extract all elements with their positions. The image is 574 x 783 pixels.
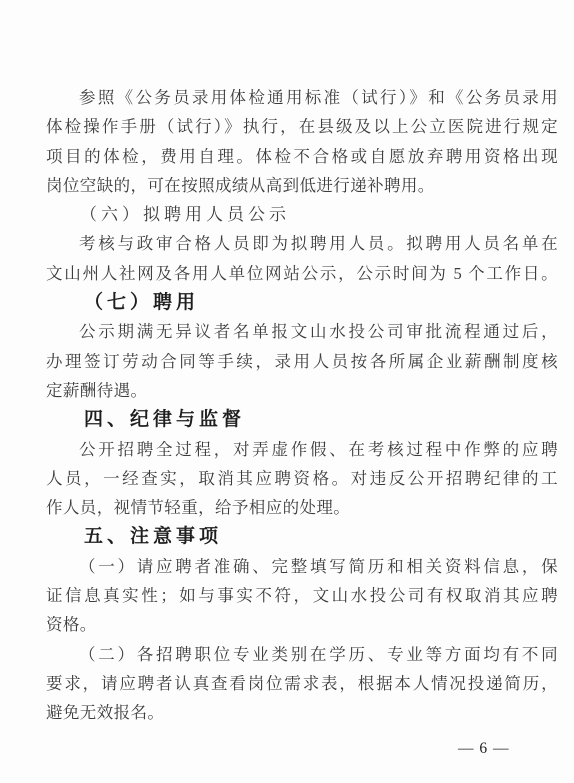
body-text-line: 体检操作手册（试行）》执行，在县级及以上公立医院进行规定 (46, 112, 558, 141)
heading-line: 四、纪律与监督 (46, 405, 558, 434)
heading-line: （七）聘用 (46, 288, 558, 317)
body-text-line: 文山州人社网及各用人单位网站公示，公示时间为 5 个工作日。 (46, 259, 558, 288)
page-number: — 6 — (458, 740, 510, 758)
heading-line: （六）拟聘用人员公示 (46, 200, 558, 229)
body-text-line: （二）各招聘职位专业类别在学历、专业等方面均有不同 (46, 640, 558, 669)
body-text-line: 资格。 (46, 610, 558, 639)
body-text-line: 人员，一经查实，取消其应聘资格。对违反公开招聘纪律的工 (46, 464, 558, 493)
body-text-line: 作人员，视情节轻重，给予相应的处理。 (46, 493, 558, 522)
body-text-line: 要求，请应聘者认真查看岗位需求表，根据本人情况投递简历， (46, 669, 558, 698)
body-text-line: 项目的体检，费用自理。体检不合格或自愿放弃聘用资格出现 (46, 142, 558, 171)
body-text-line: 考核与政审合格人员即为拟聘用人员。拟聘用人员名单在 (46, 229, 558, 258)
document-body: 参照《公务员录用体检通用标准（试行）》和《公务员录用体检操作手册（试行）》执行，… (46, 83, 558, 728)
body-text-line: 避免无效报名。 (46, 698, 558, 727)
body-text-line: 公开招聘全过程，对弄虚作假、在考核过程中作弊的应聘 (46, 435, 558, 464)
body-text-line: （一）请应聘者准确、完整填写简历和相关资料信息，保 (46, 552, 558, 581)
body-text-line: 岗位空缺的，可在按照成绩从高到低进行递补聘用。 (46, 171, 558, 200)
body-text-line: 证信息真实性；如与事实不符，文山水投公司有权取消其应聘 (46, 581, 558, 610)
body-text-line: 公示期满无异议者名单报文山水投公司审批流程通过后， (46, 317, 558, 346)
body-text-line: 定薪酬待遇。 (46, 376, 558, 405)
body-text-line: 参照《公务员录用体检通用标准（试行）》和《公务员录用 (46, 83, 558, 112)
heading-line: 五、注意事项 (46, 522, 558, 551)
document-page: 参照《公务员录用体检通用标准（试行）》和《公务员录用体检操作手册（试行）》执行，… (0, 0, 574, 783)
body-text-line: 办理签订劳动合同等手续，录用人员按各所属企业薪酬制度核 (46, 347, 558, 376)
